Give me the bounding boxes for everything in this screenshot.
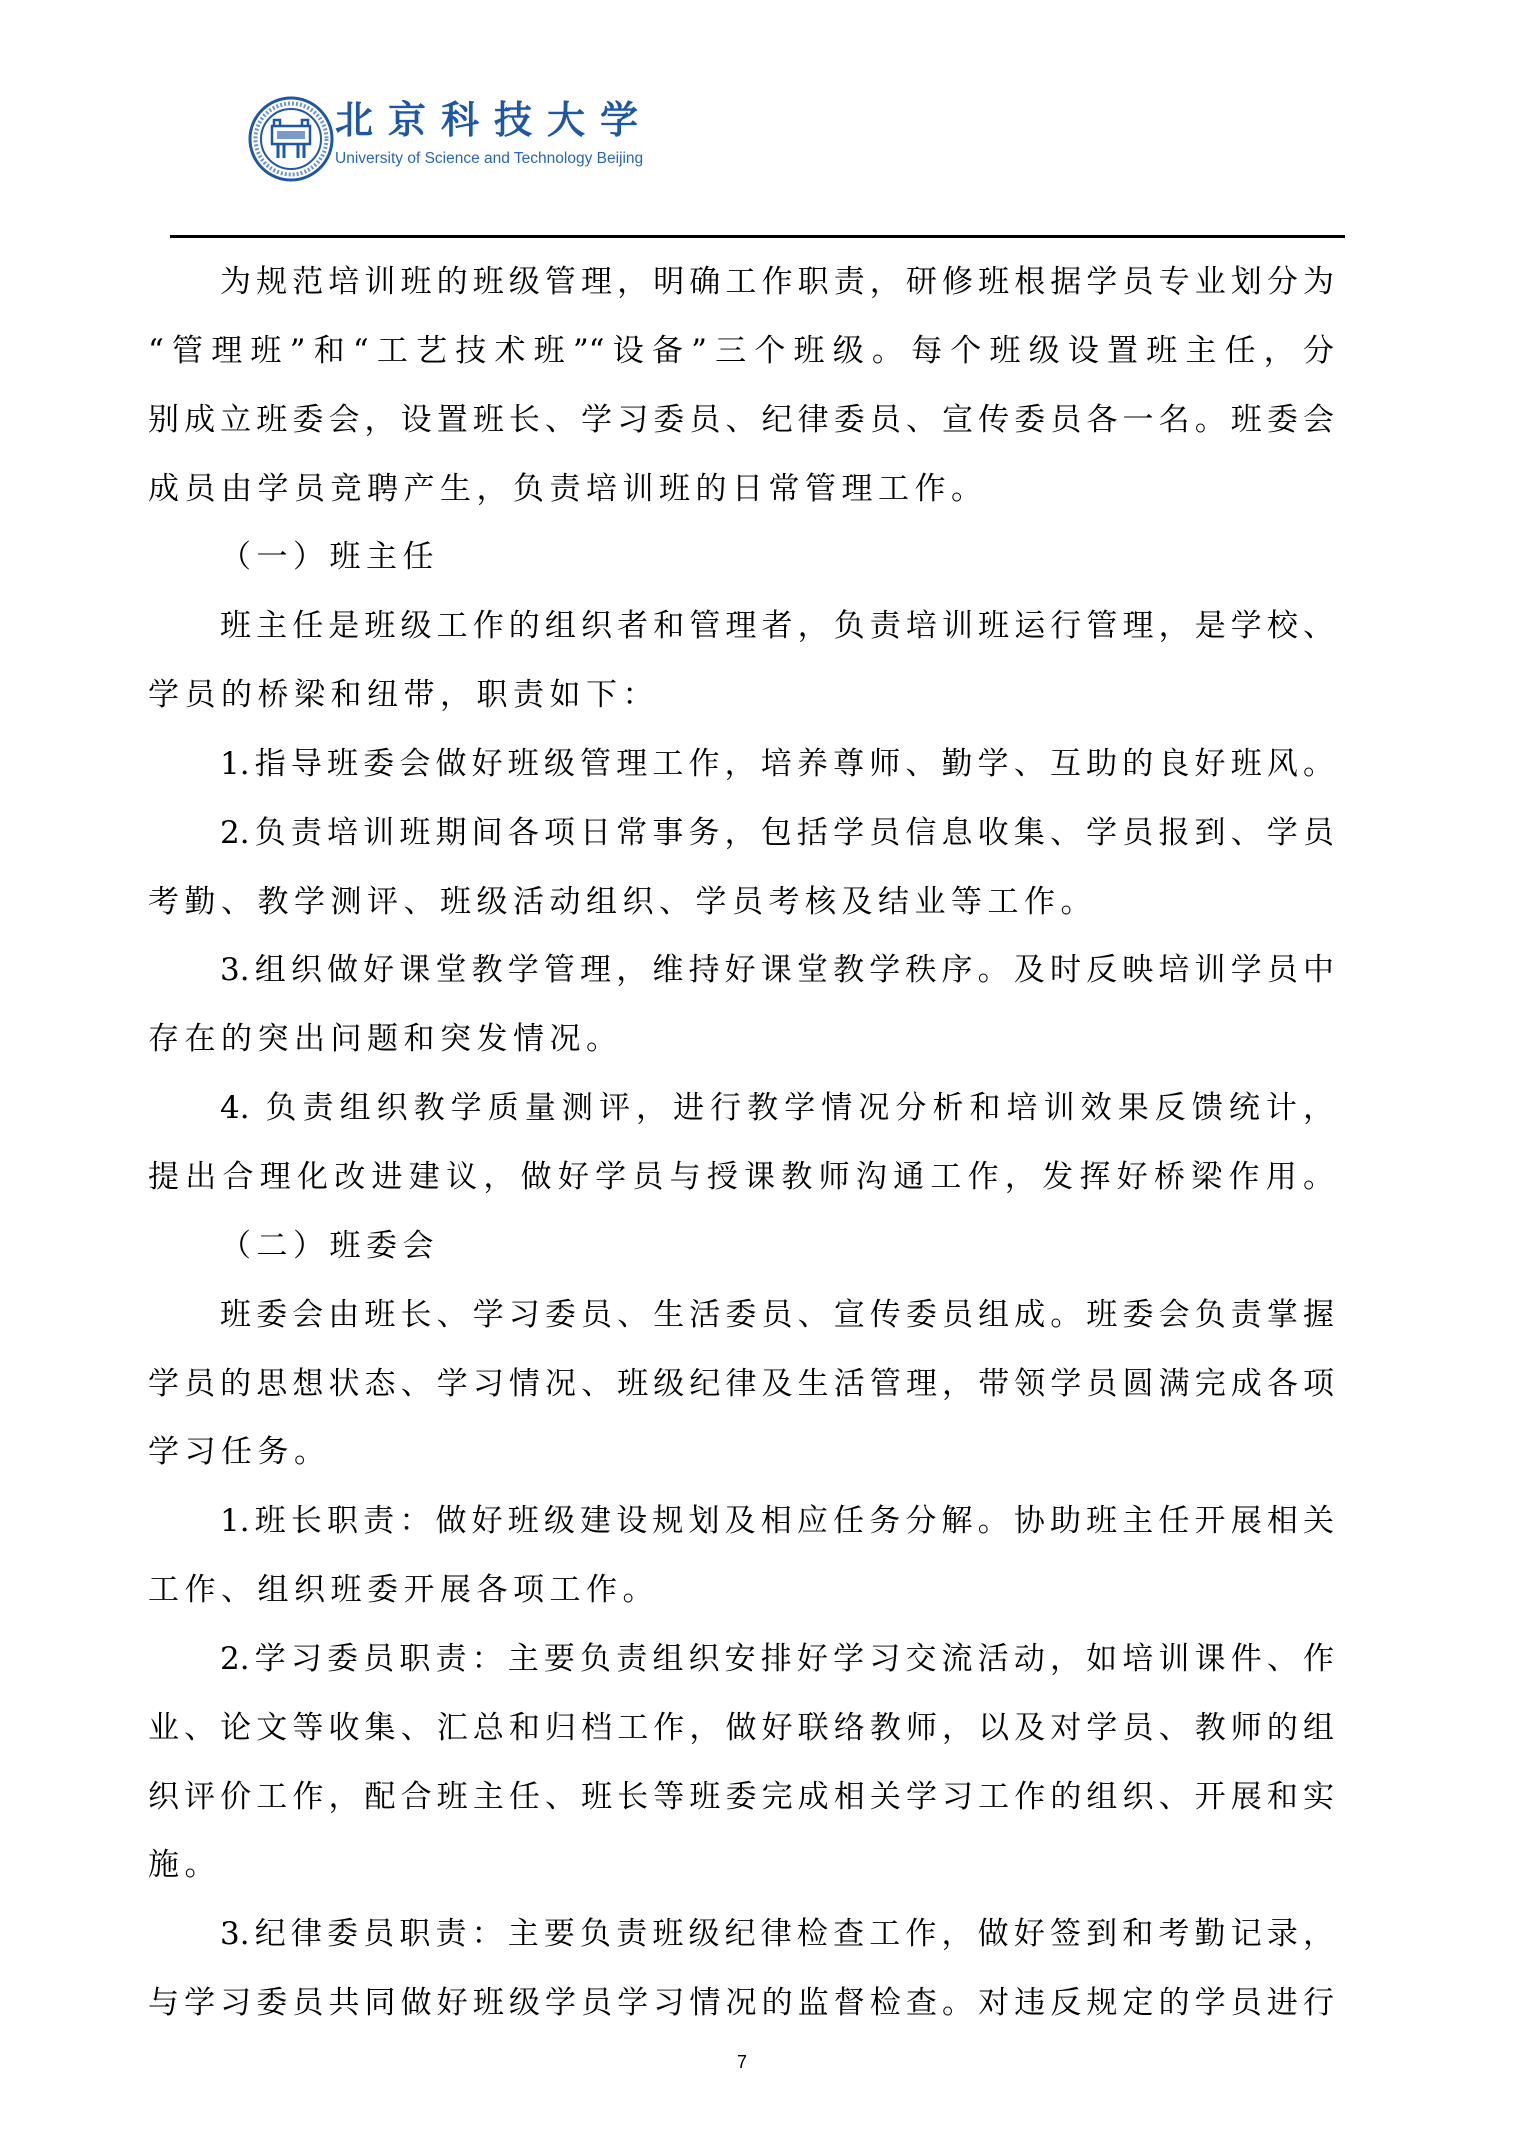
text-line: 3.纪律委员职责：主要负责班级纪律检查工作，做好签到和考勤记录，: [148, 1900, 1334, 1969]
text-line: 别成立班委会，设置班长、学习委员、纪律委员、宣传委员各一名。班委会: [148, 386, 1334, 455]
text-line: 织评价工作，配合班主任、班长等班委完成相关学习工作的组织、开展和实: [148, 1763, 1334, 1832]
text-line: 存在的突出问题和突发情况。: [148, 1005, 1334, 1074]
university-logo: 北京科技大学 University of Science and Technol…: [242, 94, 642, 184]
text-line: 1.指导班委会做好班级管理工作，培养尊师、勤学、互助的良好班风。: [148, 730, 1334, 799]
text-line: 业、论文等收集、汇总和归档工作，做好联络教师，以及对学员、教师的组: [148, 1694, 1334, 1763]
header-divider: [170, 235, 1345, 238]
text-line: 2.学习委员职责：主要负责组织安排好学习交流活动，如培训课件、作: [148, 1625, 1334, 1694]
text-line: 3.组织做好课堂教学管理，维持好课堂教学秩序。及时反映培训学员中: [148, 936, 1334, 1005]
text-line: 2.负责培训班期间各项日常事务，包括学员信息收集、学员报到、学员: [148, 799, 1334, 868]
section-heading: （一）班主任: [148, 523, 1334, 592]
university-seal-icon: [248, 96, 334, 182]
section-heading: （二）班委会: [148, 1212, 1334, 1281]
text-line: 4. 负责组织教学质量测评，进行教学情况分析和培训效果反馈统计，: [148, 1074, 1334, 1143]
text-line: 考勤、教学测评、班级活动组织、学员考核及结业等工作。: [148, 868, 1334, 937]
page-number: 7: [727, 2050, 757, 2074]
text-line: 班主任是班级工作的组织者和管理者，负责培训班运行管理，是学校、: [148, 592, 1334, 661]
text-line: 学员的思想状态、学习情况、班级纪律及生活管理，带领学员圆满完成各项: [148, 1350, 1334, 1419]
university-name-en: University of Science and Technology Bei…: [335, 150, 643, 168]
text-line: “管理班”和“工艺技术班”“设备”三个班级。每个班级设置班主任，分: [148, 317, 1334, 386]
text-line: 学习任务。: [148, 1418, 1334, 1487]
text-line: 施。: [148, 1831, 1334, 1900]
text-line: 为规范培训班的班级管理，明确工作职责，研修班根据学员专业划分为: [148, 248, 1334, 317]
text-line: 与学习委员共同做好班级学员学习情况的监督检查。对违反规定的学员进行: [148, 1969, 1334, 2038]
text-line: 工作、组织班委开展各项工作。: [148, 1556, 1334, 1625]
document-body: 为规范培训班的班级管理，明确工作职责，研修班根据学员专业划分为“管理班”和“工艺…: [148, 248, 1334, 2038]
text-line: 学员的桥梁和纽带，职责如下：: [148, 661, 1334, 730]
text-line: 提出合理化改进建议，做好学员与授课教师沟通工作，发挥好桥梁作用。: [148, 1143, 1334, 1212]
text-line: 班委会由班长、学习委员、生活委员、宣传委员组成。班委会负责掌握: [148, 1281, 1334, 1350]
text-line: 成员由学员竞聘产生，负责培训班的日常管理工作。: [148, 455, 1334, 524]
university-name-cn: 北京科技大学: [335, 100, 635, 140]
text-line: 1.班长职责：做好班级建设规划及相应任务分解。协助班主任开展相关: [148, 1487, 1334, 1556]
